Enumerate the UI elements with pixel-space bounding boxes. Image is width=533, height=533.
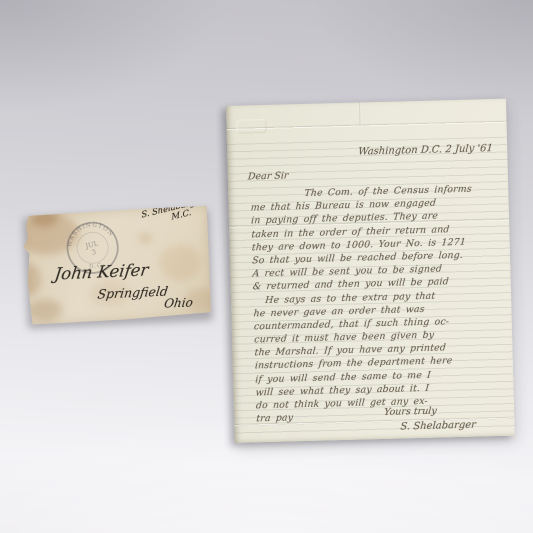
letter-body: The Com. of the Census informsme that hi…: [250, 183, 510, 427]
letter-signature: S. Shelabarger: [400, 420, 476, 433]
postmark-day-text: 3: [91, 248, 97, 257]
letter-closing: Yours truly: [384, 406, 437, 418]
letter-salutation: Dear Sir: [247, 170, 288, 182]
franking-signature: S. Shelabarger M.C.: [141, 197, 205, 230]
fold-crease: [227, 121, 507, 131]
address-city: Springfield: [97, 283, 169, 301]
fold-crease-vertical: [359, 102, 362, 125]
foxing-stain: [139, 234, 151, 243]
foxing-stain: [28, 298, 63, 322]
foxing-stain: [159, 244, 203, 282]
address-name: John Keifer: [54, 260, 150, 283]
foxing-stain: [16, 263, 41, 296]
embossed-stationer-stamp: [236, 119, 266, 134]
address-state: Ohio: [163, 295, 193, 310]
photo-stage: WASHINGTON D.C. JUL 3 S. Shelabarger M.C…: [0, 0, 533, 533]
letter-sheet: Washington D.C. 2 July '61 Dear Sir The …: [226, 99, 515, 443]
envelope: WASHINGTON D.C. JUL 3 S. Shelabarger M.C…: [22, 206, 212, 325]
